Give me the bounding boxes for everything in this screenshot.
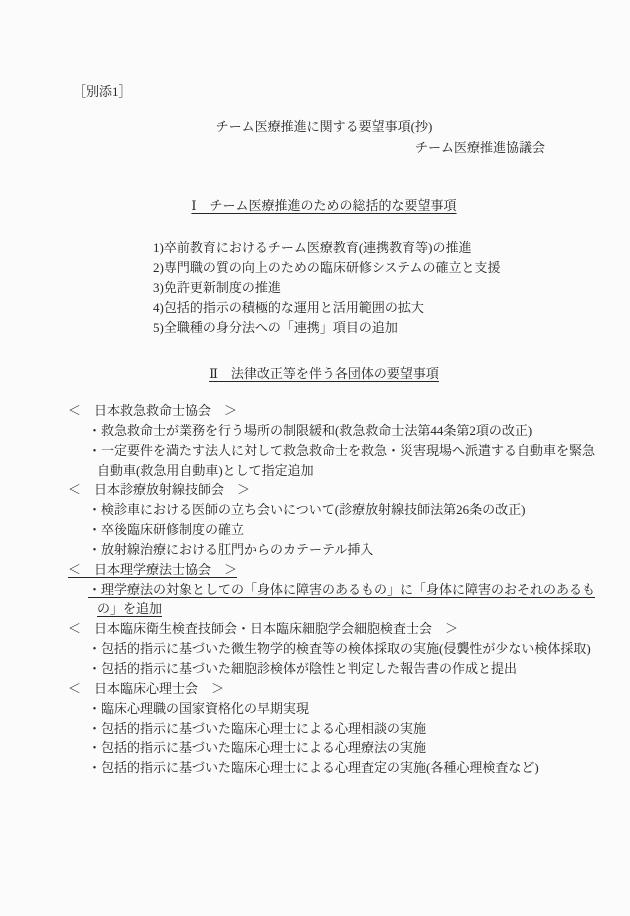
numbered-item: 3)免許更新制度の推進 <box>153 278 501 298</box>
section2-heading-row: Ⅱ 法律改正等を伴う各団体の要望事項 <box>0 364 630 384</box>
attachment-label: ［別添1］ <box>73 82 132 102</box>
section1-item-list: 1)卒前教育におけるチーム医療教育(連携教育等)の推進 2)専門職の質の向上のた… <box>153 238 501 338</box>
request-line: ・検診車における医師の立ち会いについて(診療放射線技師法第26条の改正) <box>0 500 630 520</box>
section1-heading: Ⅰ チーム医療推進のための総括的な要望事項 <box>191 196 456 216</box>
document-page: ［別添1］ チーム医療推進に関する要望事項(抄) チーム医療推進協議会 Ⅰ チー… <box>0 0 630 916</box>
request-line: ・包括的指示に基づいた臨床心理士による心理査定の実施(各種心理検査など) <box>0 758 630 778</box>
org-header-line: ＜ 日本救急救命士協会 ＞ <box>0 401 630 421</box>
section1-heading-row: Ⅰ チーム医療推進のための総括的な要望事項 <box>0 196 630 216</box>
org-header-line: ＜ 日本診療放射線技師会 ＞ <box>0 480 630 500</box>
request-line: ・卒後臨床研修制度の確立 <box>0 520 630 540</box>
numbered-item: 1)卒前教育におけるチーム医療教育(連携教育等)の推進 <box>153 238 501 258</box>
org-header-line: ＜ 日本臨床衛生検査技師会・日本臨床細胞学会細胞検査士会 ＞ <box>0 619 630 639</box>
numbered-item: 5)全職種の身分法への「連携」項目の追加 <box>153 318 501 338</box>
request-line: ・包括的指示に基づいた細胞診検体が陰性と判定した報告書の作成と提出 <box>0 659 630 679</box>
org-header-line: ＜ 日本臨床心理士会 ＞ <box>0 679 630 699</box>
request-line: ・包括的指示に基づいた微生物学的検査等の検体採取の実施(侵襲性が少ない検体採取) <box>0 639 630 659</box>
request-line-continuation: 自動車(救急用自動車)として指定追加 <box>0 461 630 481</box>
section2-body: ＜ 日本救急救命士協会 ＞ ・救急救命士が業務を行う場所の制限緩和(救急救命士法… <box>0 401 630 778</box>
numbered-item: 2)専門職の質の向上のための臨床研修システムの確立と支援 <box>153 258 501 278</box>
request-line: ・包括的指示に基づいた臨床心理士による心理療法の実施 <box>0 738 630 758</box>
request-line: ・放射線治療における肛門からのカテーテル挿入 <box>0 540 630 560</box>
request-line: ・臨床心理職の国家資格化の早期実現 <box>0 699 630 719</box>
doc-author: チーム医療推進協議会 <box>0 138 630 158</box>
request-line: ・一定要件を満たす法人に対して救急救命士を救急・災害現場へ派遣する自動車を緊急 <box>0 441 630 461</box>
numbered-item: 4)包括的指示の積極的な運用と活用範囲の拡大 <box>153 298 501 318</box>
request-line-continuation: の」を追加 <box>0 599 630 619</box>
org-header-line: ＜ 日本理学療法士協会 ＞ <box>0 560 630 580</box>
request-line: ・包括的指示に基づいた臨床心理士による心理相談の実施 <box>0 719 630 739</box>
doc-title: チーム医療推進に関する要望事項(抄) <box>0 117 630 137</box>
request-line: ・救急救命士が業務を行う場所の制限緩和(救急救命士法第44条第2項の改正) <box>0 421 630 441</box>
request-line: ・理学療法の対象としての「身体に障害のあるもの」に「身体に障害のおそれのあるも <box>0 580 630 600</box>
section2-heading: Ⅱ 法律改正等を伴う各団体の要望事項 <box>209 364 439 384</box>
